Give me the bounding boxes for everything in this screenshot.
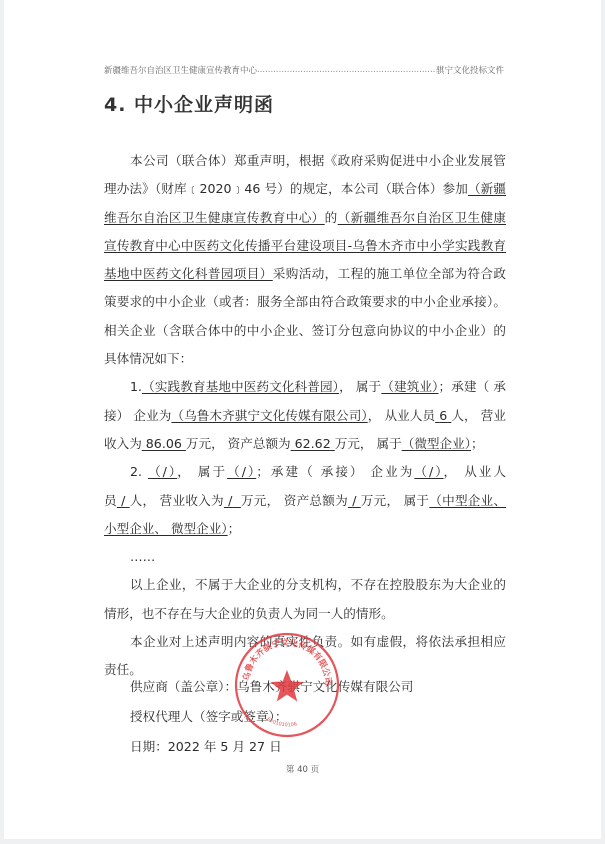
label: 属于: [404, 493, 430, 508]
label: 万元: [186, 436, 211, 451]
label: 资产总额为: [284, 493, 348, 508]
ellipsis: ……: [104, 543, 506, 571]
punct: ，: [143, 493, 156, 508]
punct: ，: [360, 436, 373, 451]
not-large-enterprise-paragraph: 以上企业，不属于大企业的分支机构，不存在控股股东为大企业的情形，也不存在与大企业…: [104, 571, 506, 628]
agent-line: 授权代理人（签字或签章）：: [130, 706, 287, 725]
punct: ，: [177, 464, 192, 479]
item-revenue: /: [228, 493, 232, 508]
item-assets: /: [352, 493, 356, 508]
item-industry: （建筑业）: [381, 379, 438, 394]
label: 人: [451, 408, 464, 423]
item-company: （乌鲁木齐骐宁文化传媒有限公司）: [171, 408, 367, 423]
item-industry: （/）: [227, 464, 256, 479]
item-name: （/）: [148, 464, 177, 479]
date-line: 日期：2022 年 5 月 27 日: [130, 736, 282, 755]
page-header: 新疆维吾尔自治区卫生健康宣传教育中心 .....................…: [104, 63, 504, 77]
label: 万元: [361, 493, 387, 508]
punct: ；: [228, 521, 241, 536]
punct: ，: [211, 436, 224, 451]
date-label: 日期：: [130, 739, 168, 754]
section-title: 4. 中小企业声明函: [104, 90, 274, 117]
label: 资产总额为: [228, 436, 291, 451]
item-type: （微型企业）: [402, 436, 471, 451]
item-revenue: 86.06: [146, 436, 182, 451]
document-page: 新疆维吾尔自治区卫生健康宣传教育中心 .....................…: [4, 0, 601, 839]
label: 营业收入为: [160, 493, 224, 508]
header-dots: ........................................…: [257, 65, 436, 75]
declaration-paragraph: 本公司（联合体）郑重声明，根据《政府采购促进中小企业发展管理办法》（财库﹝202…: [104, 147, 506, 373]
supplier-line: 供应商（盖公章）：乌鲁木齐骐宁文化传媒有限公司: [130, 676, 413, 695]
punct: ，: [444, 464, 459, 479]
label: 万元: [335, 436, 360, 451]
item-assets: 62.62: [295, 436, 331, 451]
item-number: 2.: [130, 464, 142, 479]
label: ；承建（ 承接） 企业为: [256, 464, 414, 479]
punct: ；: [471, 436, 484, 451]
declaration-text: 的: [325, 210, 338, 225]
supplier-name: 乌鲁木齐骐宁文化传媒有限公司: [237, 679, 413, 694]
item-employees: /: [121, 493, 125, 508]
header-right: 骐宁文化投标文件: [436, 64, 504, 76]
item-employees: 6: [439, 408, 447, 423]
label: 万元: [241, 493, 267, 508]
date-value: 2022 年 5 月 27 日: [168, 739, 282, 754]
header-left: 新疆维吾尔自治区卫生健康宣传教育中心: [104, 64, 257, 76]
punct: ，: [464, 408, 477, 423]
punct: ，: [339, 379, 352, 394]
punct: ，: [368, 408, 381, 423]
item-name: （实践教育基地中医药文化科普园）: [142, 379, 339, 394]
item-company: （/）: [414, 464, 443, 479]
declaration-body: 本公司（联合体）郑重声明，根据《政府采购促进中小企业发展管理办法》（财库﹝202…: [104, 147, 506, 685]
enterprise-item-1: 1.（实践教育基地中医药文化科普园）， 属于（建筑业）；承建（ 承接） 企业为（…: [104, 373, 506, 458]
enterprise-item-2: 2. （/）， 属于（/）；承建（ 承接） 企业为（/）， 从业人员 / 人， …: [104, 458, 506, 543]
label: 属于: [377, 436, 402, 451]
punct: ，: [386, 493, 399, 508]
item-number: 1.: [130, 379, 142, 394]
punct: ，: [267, 493, 280, 508]
supplier-label: 供应商（盖公章）：: [130, 679, 237, 694]
label: 属于: [198, 464, 227, 479]
agent-label: 授权代理人（签字或签章）：: [130, 709, 287, 724]
label: 属于: [356, 379, 381, 394]
label: 人: [130, 493, 143, 508]
declaration-text: 本公司（联合体）郑重声明，根据《政府采购促进中小企业发展管理办法》（财库﹝202…: [104, 153, 506, 196]
page-number: 第 40 页: [4, 763, 601, 775]
label: 从业人员: [384, 408, 435, 423]
